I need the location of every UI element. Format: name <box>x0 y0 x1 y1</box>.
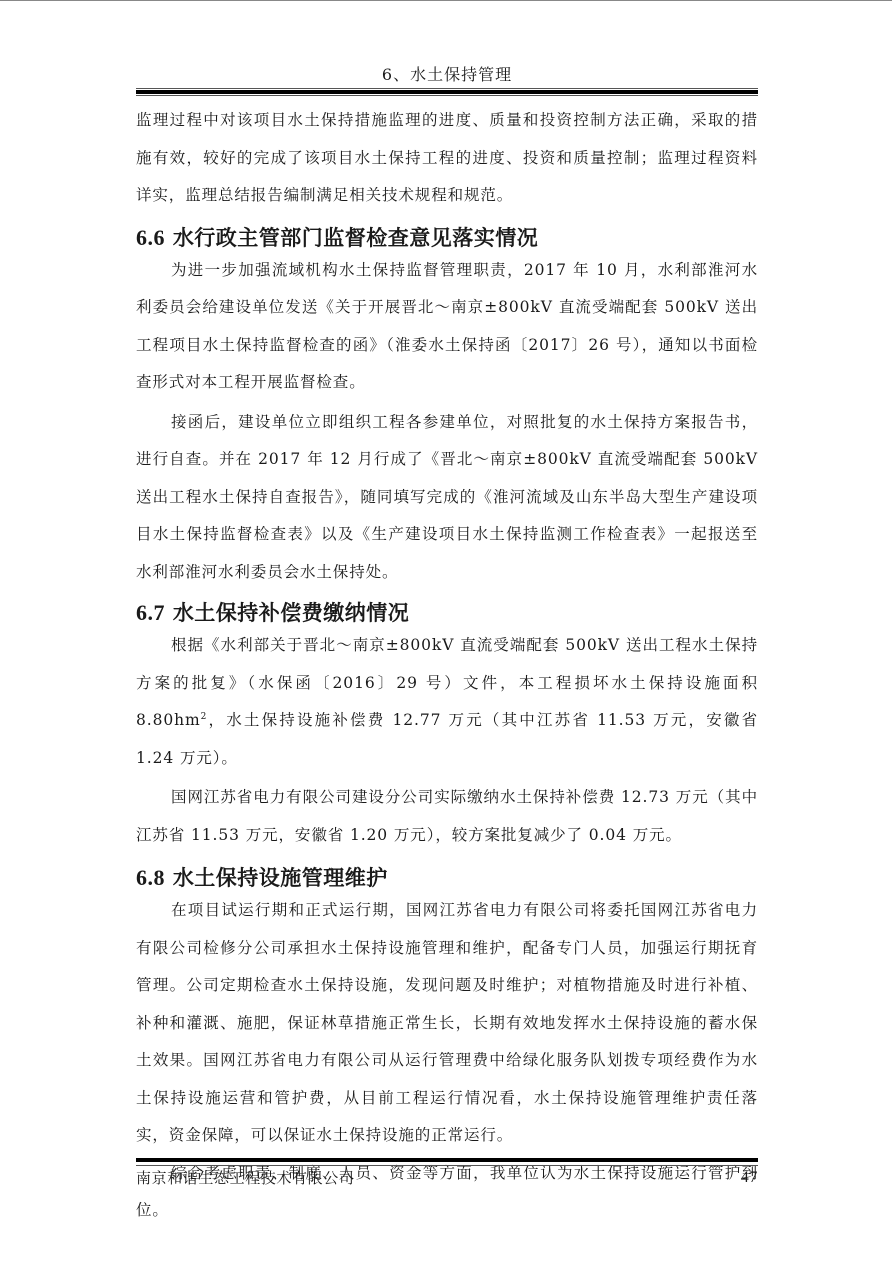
running-header-title: 6、水土保持管理 <box>136 64 758 86</box>
paragraph: 为进一步加强流域机构水土保持监督管理职责，2017 年 10 月，水利部淮河水利… <box>136 252 758 402</box>
page-top-edge <box>0 0 892 1</box>
section-title: 水土保持设施管理维护 <box>173 866 388 890</box>
section-number: 6.8 <box>136 865 165 890</box>
paragraph: 国网江苏省电力有限公司建设分公司实际缴纳水土保持补偿费 12.73 万元（其中江… <box>136 779 758 854</box>
header-rule <box>136 88 758 96</box>
running-footer: 南京和谐生态工程技术有限公司 47 <box>136 1166 758 1190</box>
paragraph: 根据《水利部关于晋北～南京±800kV 直流受端配套 500kV 送出工程水土保… <box>136 627 758 777</box>
paragraph-text: ，水土保持设施补偿费 12.77 万元（其中江苏省 11.53 万元，安徽省 1… <box>136 711 758 767</box>
intro-paragraph: 监理过程中对该项目水土保持措施监理的进度、质量和投资控制方法正确，采取的措施有效… <box>136 102 758 215</box>
page-number: 47 <box>741 1166 758 1190</box>
footer-company: 南京和谐生态工程技术有限公司 <box>136 1166 354 1190</box>
section-title: 水行政主管部门监督检查意见落实情况 <box>173 226 539 250</box>
page-body: 监理过程中对该项目水土保持措施监理的进度、质量和投资控制方法正确，采取的措施有效… <box>136 102 758 1230</box>
paragraph: 接函后，建设单位立即组织工程各参建单位，对照批复的水土保持方案报告书，进行自查。… <box>136 404 758 592</box>
section-number: 6.7 <box>136 600 165 625</box>
footer-rule <box>136 1158 758 1166</box>
section-number: 6.6 <box>136 225 165 250</box>
paragraph: 在项目试运行期和正式运行期，国网江苏省电力有限公司将委托国网江苏省电力有限公司检… <box>136 892 758 1155</box>
section-title: 水土保持补偿费缴纳情况 <box>173 601 410 625</box>
